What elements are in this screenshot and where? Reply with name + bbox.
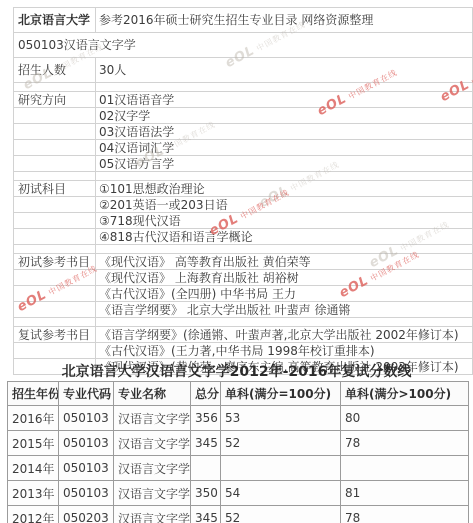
score-cell: 2016年 [8, 406, 59, 431]
info-value-cell: 《现代汉语》 上海教育出版社 胡裕树 [96, 270, 473, 286]
info-value-cell: 《古代汉语》(王力著,中华书局 1998年校订重排本) [96, 343, 473, 359]
score-cell: 050103 [59, 431, 114, 456]
info-cell [14, 172, 96, 181]
info-row: 《古代汉语》(全四册) 中华书局 王力 [14, 286, 473, 302]
score-cell: 050203 [59, 506, 114, 523]
source-note: 参考2016年硕士研究生招生专业目录 网络资源整理 [96, 8, 473, 33]
info-label-cell [14, 156, 96, 172]
info-cell [96, 245, 473, 254]
score-cell: 2015年 [8, 431, 59, 456]
program-code-line: 050103汉语言文字学 [14, 33, 473, 58]
score-cell: 345 [191, 431, 221, 456]
score-cell: 54 [221, 481, 341, 506]
info-row: 050103汉语言文字学 [14, 33, 473, 58]
score-cell: 050103 [59, 406, 114, 431]
info-row: 04汉语词汇学 [14, 140, 473, 156]
info-label-cell: 复试参考书目 [14, 327, 96, 343]
info-label-cell [14, 270, 96, 286]
info-row: 03汉语语法学 [14, 124, 473, 140]
info-row: 《语言学纲要》 北京大学出版社 叶蜚声 徐通锵 [14, 302, 473, 318]
info-row [14, 245, 473, 254]
score-cell: 汉语言文字学 [114, 481, 191, 506]
info-label-cell [14, 108, 96, 124]
info-row: 《现代汉语》 上海教育出版社 胡裕树 [14, 270, 473, 286]
info-cell [96, 172, 473, 181]
info-row: 05汉语方言学 [14, 156, 473, 172]
info-label-cell: 初试科目 [14, 181, 96, 197]
info-row: ④818古代汉语和语言学概论 [14, 229, 473, 245]
info-row [14, 172, 473, 181]
info-row [14, 83, 473, 92]
info-value-cell: ①101思想政治理论 [96, 181, 473, 197]
info-label-cell [14, 197, 96, 213]
score-column-header: 招生年份 [8, 382, 59, 406]
score-cell: 53 [221, 406, 341, 431]
admissions-info-body: 北京语言大学参考2016年硕士研究生招生专业目录 网络资源整理050103汉语言… [14, 8, 473, 375]
info-cell [14, 318, 96, 327]
info-row: 初试科目①101思想政治理论 [14, 181, 473, 197]
score-table-title: 北京语言大学汉语言文字学2012年-2016年复试分数线 [0, 361, 473, 381]
score-row: 2014年050103汉语言文字学 [8, 456, 469, 481]
info-cell [14, 245, 96, 254]
info-label-cell [14, 229, 96, 245]
score-cell [341, 456, 469, 481]
info-value-cell: 02汉字学 [96, 108, 473, 124]
info-label-cell: 初试参考书目 [14, 254, 96, 270]
info-row: 北京语言大学参考2016年硕士研究生招生专业目录 网络资源整理 [14, 8, 473, 33]
info-value-cell: ③718现代汉语 [96, 213, 473, 229]
info-row [14, 318, 473, 327]
score-cell: 2012年 [8, 506, 59, 523]
info-label-cell [14, 343, 96, 359]
score-column-header: 专业代码 [59, 382, 114, 406]
score-cell: 汉语言文字学 [114, 506, 191, 523]
info-row: ③718现代汉语 [14, 213, 473, 229]
score-cell: 81 [341, 481, 469, 506]
score-row: 2016年050103汉语言文字学3565380 [8, 406, 469, 431]
score-cell: 050103 [59, 456, 114, 481]
score-row: 2015年050103汉语言文字学3455278 [8, 431, 469, 456]
info-value-cell: 《现代汉语》 高等教育出版社 黄伯荣等 [96, 254, 473, 270]
info-row: 《古代汉语》(王力著,中华书局 1998年校订重排本) [14, 343, 473, 359]
score-cell [221, 456, 341, 481]
info-value-cell: 30人 [96, 58, 473, 83]
score-header-row: 招生年份专业代码专业名称总分单科(满分=100分)单科(满分>100分) [8, 382, 469, 406]
info-label-cell [14, 124, 96, 140]
info-label-cell [14, 286, 96, 302]
score-cell: 2013年 [8, 481, 59, 506]
score-cell [191, 456, 221, 481]
score-column-header: 专业名称 [114, 382, 191, 406]
info-value-cell: 01汉语语音学 [96, 92, 473, 108]
info-value-cell: 05汉语方言学 [96, 156, 473, 172]
score-table: 招生年份专业代码专业名称总分单科(满分=100分)单科(满分>100分) 201… [7, 381, 469, 523]
score-cell: 汉语言文字学 [114, 456, 191, 481]
score-cell: 356 [191, 406, 221, 431]
score-column-header: 总分 [191, 382, 221, 406]
info-value-cell: ②201英语一或203日语 [96, 197, 473, 213]
info-row: ②201英语一或203日语 [14, 197, 473, 213]
info-label-cell [14, 213, 96, 229]
info-value-cell: 《古代汉语》(全四册) 中华书局 王力 [96, 286, 473, 302]
info-label-cell [14, 140, 96, 156]
info-cell [14, 83, 96, 92]
info-label-cell: 研究方向 [14, 92, 96, 108]
info-value-cell: 03汉语语法学 [96, 124, 473, 140]
score-column-header: 单科(满分=100分) [221, 382, 341, 406]
info-row: 02汉字学 [14, 108, 473, 124]
score-cell: 050103 [59, 481, 114, 506]
score-cell: 汉语言文字学 [114, 431, 191, 456]
score-cell: 2014年 [8, 456, 59, 481]
info-row: 复试参考书目《语言学纲要》(徐通锵、叶蜚声著,北京大学出版社 2002年修订本) [14, 327, 473, 343]
score-cell: 汉语言文字学 [114, 406, 191, 431]
info-label-cell: 招生人数 [14, 58, 96, 83]
score-column-header: 单科(满分>100分) [341, 382, 469, 406]
info-value-cell: 《语言学纲要》(徐通锵、叶蜚声著,北京大学出版社 2002年修订本) [96, 327, 473, 343]
score-row: 2012年050203汉语言文字学3455278 [8, 506, 469, 523]
info-row: 招生人数30人 [14, 58, 473, 83]
info-row: 初试参考书目《现代汉语》 高等教育出版社 黄伯荣等 [14, 254, 473, 270]
score-cell: 78 [341, 431, 469, 456]
info-label-cell [14, 302, 96, 318]
school-name: 北京语言大学 [14, 8, 96, 33]
score-cell: 52 [221, 506, 341, 523]
info-cell [96, 318, 473, 327]
info-cell [96, 83, 473, 92]
score-cell: 78 [341, 506, 469, 523]
score-cell: 80 [341, 406, 469, 431]
score-table-body: 2016年050103汉语言文字学35653802015年050103汉语言文字… [8, 406, 469, 523]
score-row: 2013年050103汉语言文字学3505481 [8, 481, 469, 506]
info-value-cell: 04汉语词汇学 [96, 140, 473, 156]
score-cell: 345 [191, 506, 221, 523]
info-value-cell: 《语言学纲要》 北京大学出版社 叶蜚声 徐通锵 [96, 302, 473, 318]
admissions-info-table: 北京语言大学参考2016年硕士研究生招生专业目录 网络资源整理050103汉语言… [13, 7, 473, 375]
score-cell: 52 [221, 431, 341, 456]
info-value-cell: ④818古代汉语和语言学概论 [96, 229, 473, 245]
score-cell: 350 [191, 481, 221, 506]
info-row: 研究方向01汉语语音学 [14, 92, 473, 108]
